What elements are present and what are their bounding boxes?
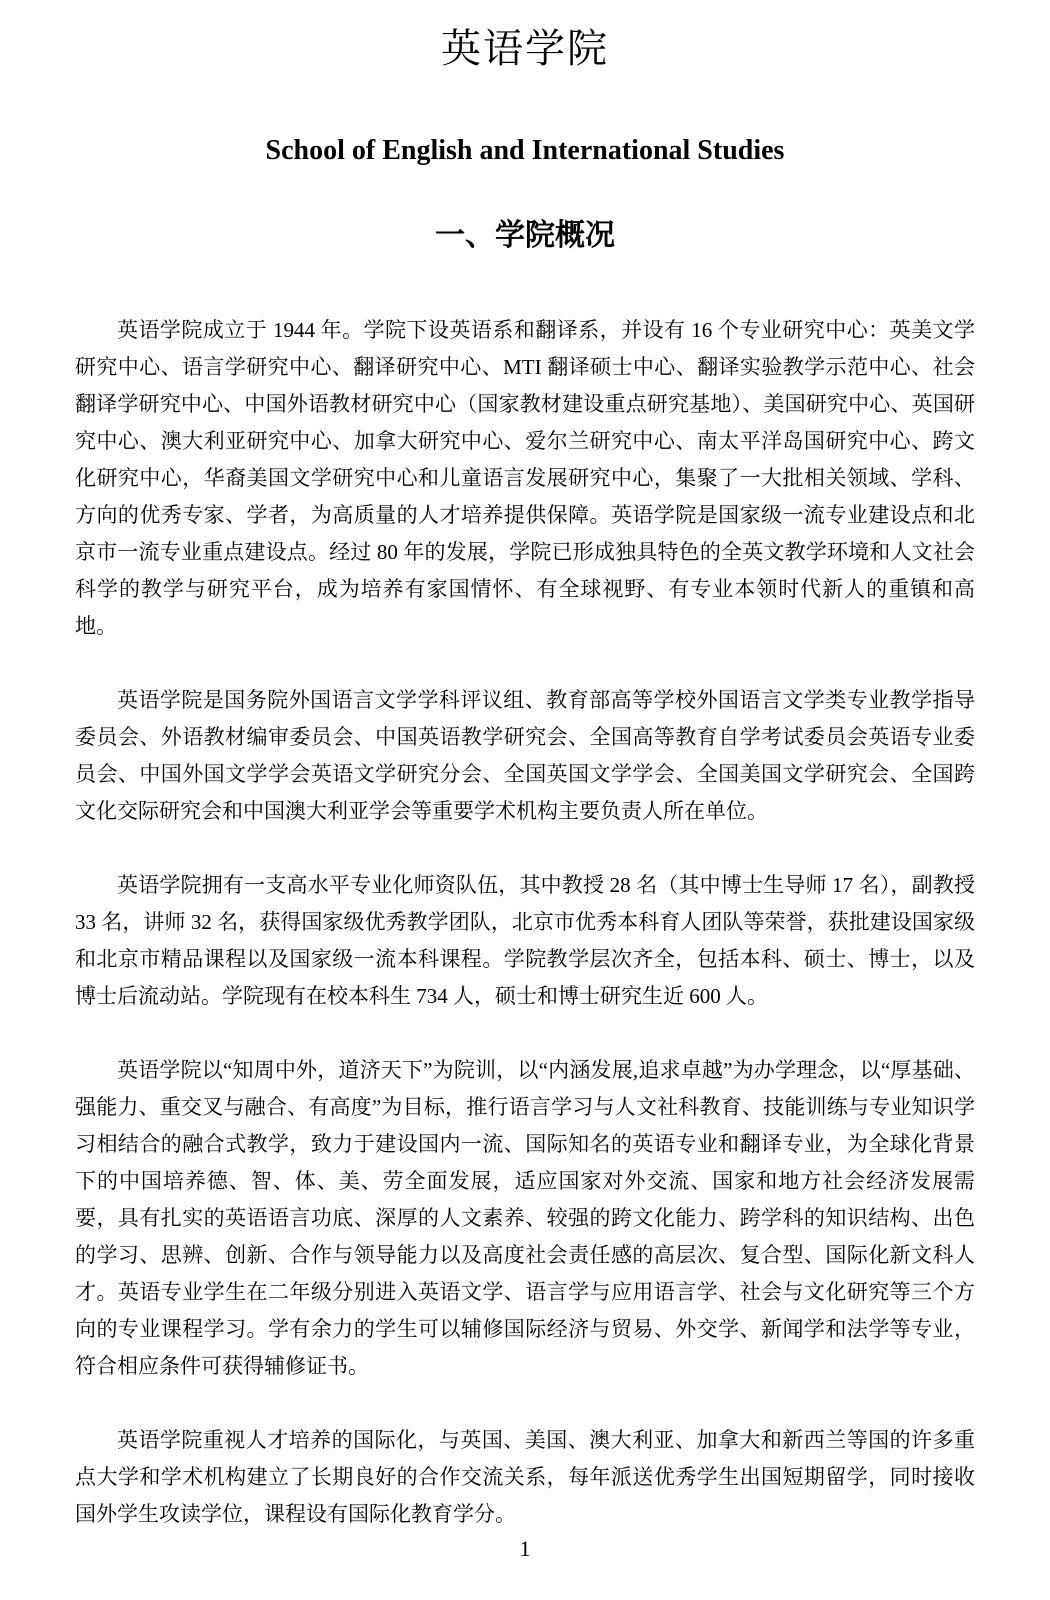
paragraph: 英语学院拥有一支高水平专业化师资队伍，其中教授 28 名（其中博士生导师 17 … <box>75 867 975 1015</box>
section-heading: 一、学院概况 <box>75 218 975 254</box>
page-number: 1 <box>0 1536 1050 1562</box>
document-page: 英语学院 School of English and International… <box>0 0 1050 1600</box>
paragraph: 英语学院是国务院外国语言文学学科评议组、教育部高等学校外国语言文学类专业教学指导… <box>75 682 975 830</box>
paragraph: 英语学院成立于 1944 年。学院下设英语系和翻译系，并设有 16 个专业研究中… <box>75 312 975 645</box>
paragraph: 英语学院重视人才培养的国际化，与英国、美国、澳大利亚、加拿大和新西兰等国的许多重… <box>75 1422 975 1533</box>
paragraph: 英语学院以“知周中外，道济天下”为院训，以“内涵发展,追求卓越”为办学理念，以“… <box>75 1052 975 1385</box>
doc-title-chinese: 英语学院 <box>75 26 975 72</box>
document-body: 英语学院成立于 1944 年。学院下设英语系和翻译系，并设有 16 个专业研究中… <box>75 312 975 1533</box>
doc-title-english: School of English and International Stud… <box>75 134 975 168</box>
